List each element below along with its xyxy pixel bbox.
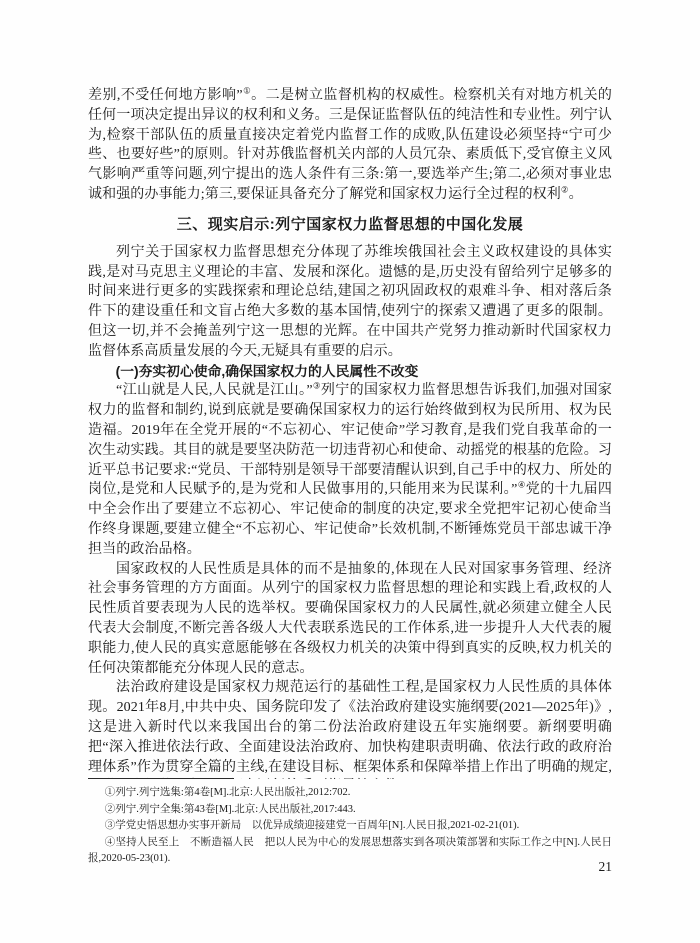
footnote-item: ②列宁.列宁全集:第43卷[M].北京:人民出版社,2017:443. — [88, 802, 612, 819]
body-paragraph: 法治政府建设是国家权力规范运行的基础性工程,是国家权力人民性质的具体体现。202… — [88, 678, 612, 779]
text-run: 。 — [569, 187, 583, 202]
footnote-item: ④坚持人民至上 不断造福人民 把以人民为中心的发展思想落实到各项决策部署和实际工… — [88, 835, 612, 868]
text-run: “江山就是人民,人民就是江山。” — [116, 383, 313, 398]
text-run: 列宁的国家权力监督思想告诉我们,加强对国家权力的监督和制约,说到底就是要确保国家… — [88, 383, 612, 497]
footnote-ref: ① — [243, 86, 251, 95]
section-heading: 三、现实启示:列宁国家权力监督思想的中国化发展 — [88, 214, 612, 236]
page-number: 21 — [599, 858, 613, 876]
body-paragraph: “江山就是人民,人民就是江山。”③列宁的国家权力监督思想告诉我们,加强对国家权力… — [88, 381, 612, 559]
footnote-divider — [88, 778, 234, 779]
body-paragraph-intro: 列宁关于国家权力监督思想充分体现了苏维埃俄国社会主义政权建设的具体实践,是对马克… — [88, 243, 612, 362]
footnote-item: ①列宁.列宁选集:第4卷[M].北京:人民出版社,2012:702. — [88, 785, 612, 802]
subsection-heading-1: (一)夯实初心使命,确保国家权力的人民属性不改变 — [88, 362, 612, 382]
footnote-ref: ④ — [517, 480, 525, 490]
body-paragraph-continuation: 差别,不受任何地方影响”①。二是树立监督机构的权威性。检察机关有对地方机关的任何… — [88, 86, 612, 205]
footnotes-block: ①列宁.列宁选集:第4卷[M].北京:人民出版社,2012:702. ②列宁.列… — [88, 778, 612, 868]
text-run: 差别,不受任何地方影响” — [88, 88, 243, 103]
footnote-ref: ② — [561, 184, 569, 194]
footnote-ref: ③ — [313, 381, 321, 391]
page-body: 差别,不受任何地方影响”①。二是树立监督机构的权威性。检察机关有对地方机关的任何… — [88, 86, 612, 779]
journal-page: 差别,不受任何地方影响”①。二是树立监督机构的权威性。检察机关有对地方机关的任何… — [0, 0, 700, 943]
footnote-item: ③学党史悟思想办实事开新局 以优异成绩迎接建党一百周年[N].人民日报,2021… — [88, 818, 612, 835]
text-run: 。二是树立监督机构的权威性。检察机关有对地方机关的任何一项决定提出异议的权利和义… — [88, 88, 612, 202]
body-paragraph: 国家政权的人民性质是具体的而不是抽象的,体现在人民对国家事务管理、经济社会事务管… — [88, 560, 612, 679]
